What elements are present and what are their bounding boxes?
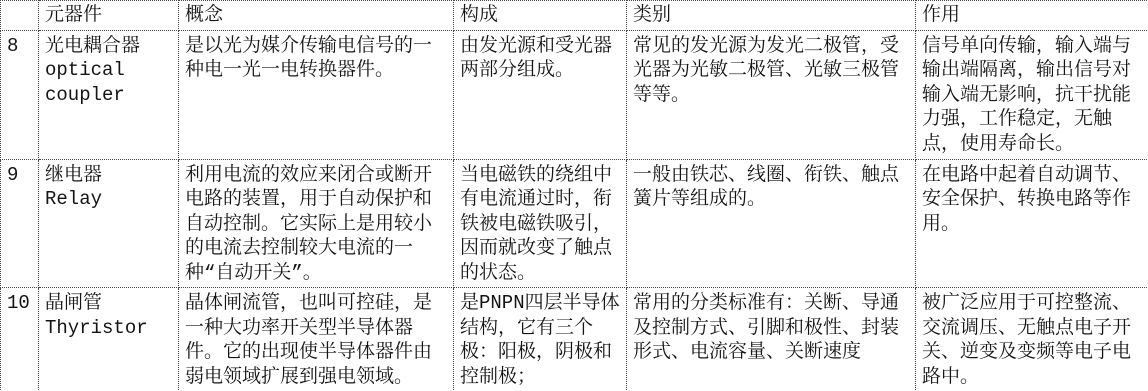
component-name-en: optical coupler [45,58,173,107]
table-row: 9 继电器 Relay 利用电流的效应来闭合或断开电路的装置，用于自动保护和自动… [1,159,1148,288]
table-row: 8 光电耦合器 optical coupler 是以光为媒介传输电信号的一种电一… [1,30,1148,159]
composition-cell: 是PNPN四层半导体结构，它有三个极：阳极，阴极和控制极； [454,288,627,391]
header-row: 元器件 概念 构成 类别 作用 [1,1,1148,31]
concept-cell: 是以光为媒介传输电信号的一种电一光一电转换器件。 [179,30,454,159]
concept-cell: 利用电流的效应来闭合或断开电路的装置，用于自动保护和自动控制。它实际上是用较小的… [179,159,454,288]
component-name-cn: 光电耦合器 [45,35,140,57]
header-component: 元器件 [39,1,179,31]
function-cell: 被广泛应用于可控整流、交流调压、无触点电子开关、逆变及变频等电子电路中。 [916,288,1148,391]
component-name-en: Relay [45,187,173,212]
row-number-cell: 10 [1,288,39,391]
header-concept: 概念 [179,1,454,31]
component-name-cell: 晶闸管 Thyristor [39,288,179,391]
table-row: 10 晶闸管 Thyristor 晶体闸流管，也叫可控硅，是一种大功率开关型半导… [1,288,1148,391]
component-name-cn: 晶闸管 [45,292,102,314]
header-function: 作用 [916,1,1148,31]
category-cell: 常见的发光源为发光二极管，受光器为光敏二极管、光敏三极管等等。 [627,30,916,159]
function-cell: 信号单向传输，输入端与输出端隔离，输出信号对输入端无影响，抗干扰能力强，工作稳定… [916,30,1148,159]
row-number-cell: 8 [1,30,39,159]
component-name-cell: 光电耦合器 optical coupler [39,30,179,159]
composition-cell: 当电磁铁的绕组中有电流通过时，衔铁被电磁铁吸引，因而就改变了触点的状态。 [454,159,627,288]
category-cell: 常用的分类标准有：关断、导通及控制方式、引脚和极性、封装形式、电流容量、关断速度 [627,288,916,391]
row-number-cell: 9 [1,159,39,288]
component-name-cn: 继电器 [45,164,102,186]
header-category: 类别 [627,1,916,31]
component-name-cell: 继电器 Relay [39,159,179,288]
composition-cell: 由发光源和受光器两部分组成。 [454,30,627,159]
concept-cell: 晶体闸流管，也叫可控硅，是一种大功率开关型半导体器件。它的出现使半导体器件由弱电… [179,288,454,391]
header-index [1,1,39,31]
category-cell: 一般由铁芯、线圈、衔铁、触点簧片等组成的。 [627,159,916,288]
function-cell: 在电路中起着自动调节、安全保护、转换电路等作用。 [916,159,1148,288]
component-name-en: Thyristor [45,316,173,341]
header-composition: 构成 [454,1,627,31]
component-table: 元器件 概念 构成 类别 作用 8 光电耦合器 optical coupler … [0,0,1148,391]
